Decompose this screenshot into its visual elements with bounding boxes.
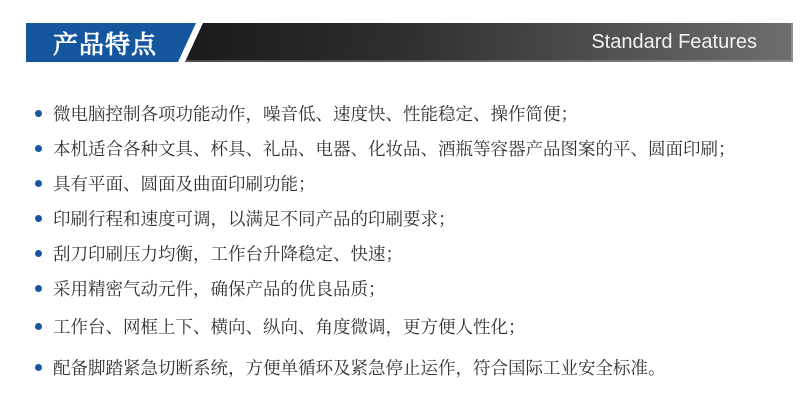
- list-item: 本机适合各种文具、杯具、礼品、电器、化妆品、酒瓶等容器产品图案的平、圆面印刷；: [32, 131, 801, 166]
- header-dark-ribbon: Standard Features: [185, 23, 793, 62]
- bullet-dot-icon: [35, 215, 42, 222]
- list-item: 采用精密气动元件，确保产品的优良品质；: [32, 271, 801, 306]
- bullet-dot-icon: [35, 145, 42, 152]
- feature-list: 微电脑控制各项功能动作，噪音低、速度快、性能稳定、操作简便； 本机适合各种文具、…: [32, 96, 801, 388]
- bullet-dot-icon: [35, 323, 42, 330]
- list-item: 微电脑控制各项功能动作，噪音低、速度快、性能稳定、操作简便；: [32, 96, 801, 131]
- list-item: 工作台、网框上下、横向、纵向、角度微调，更方便人性化；: [32, 306, 801, 347]
- feature-text: 本机适合各种文具、杯具、礼品、电器、化妆品、酒瓶等容器产品图案的平、圆面印刷；: [53, 136, 736, 161]
- list-item: 配备脚踏紧急切断系统，方便单循环及紧急停止运作，符合国际工业安全标准。: [32, 347, 801, 388]
- section-title-cn: 产品特点: [26, 25, 157, 61]
- bullet-dot-icon: [35, 110, 42, 117]
- bullet-dot-icon: [35, 180, 42, 187]
- feature-text: 具有平面、圆面及曲面印刷功能；: [53, 171, 316, 196]
- bullet-dot-icon: [35, 364, 42, 371]
- header-blue-ribbon: 产品特点: [26, 23, 196, 62]
- feature-text: 采用精密气动元件，确保产品的优良品质；: [53, 276, 386, 301]
- feature-text: 配备脚踏紧急切断系统，方便单循环及紧急停止运作，符合国际工业安全标准。: [53, 355, 666, 380]
- section-title-en: Standard Features: [591, 31, 793, 54]
- feature-text: 印刷行程和速度可调，以满足不同产品的印刷要求；: [53, 206, 456, 231]
- list-item: 具有平面、圆面及曲面印刷功能；: [32, 166, 801, 201]
- feature-text: 微电脑控制各项功能动作，噪音低、速度快、性能稳定、操作简便；: [53, 101, 578, 126]
- bullet-dot-icon: [35, 285, 42, 292]
- feature-text: 工作台、网框上下、横向、纵向、角度微调，更方便人性化；: [53, 314, 526, 339]
- page: { "header": { "title_cn": "产品特点", "title…: [0, 0, 811, 409]
- bullet-dot-icon: [35, 250, 42, 257]
- feature-text: 刮刀印刷压力均衡，工作台升降稳定、快速；: [53, 241, 403, 266]
- list-item: 刮刀印刷压力均衡，工作台升降稳定、快速；: [32, 236, 801, 271]
- list-item: 印刷行程和速度可调，以满足不同产品的印刷要求；: [32, 201, 801, 236]
- section-header-banner: 产品特点 Standard Features: [26, 23, 793, 62]
